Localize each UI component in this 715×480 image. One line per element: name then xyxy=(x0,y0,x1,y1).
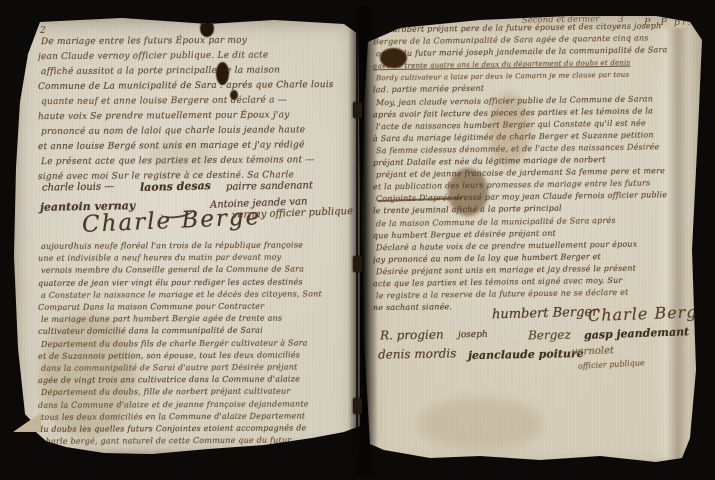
signature-charle-louis: charle louis — xyxy=(42,181,114,193)
signature-gasp-jeandemant: gasp jeandemant xyxy=(584,325,690,342)
manuscript-line: Département du doubs, fille de norbert p… xyxy=(41,386,356,400)
signature-jeanclaude-poiture: jeanclaude poiture xyxy=(468,347,584,362)
manuscript-page-right: Second et dernier 3 P. P pr. Devurobert … xyxy=(360,10,704,476)
signature-officiant-title: officier publique xyxy=(578,358,645,370)
manuscript-line: cultivateur domicilié dans la communipal… xyxy=(38,325,356,339)
signature-bergez: Bergez xyxy=(528,328,571,343)
binding-stitch xyxy=(353,256,362,272)
binding-seam xyxy=(356,28,358,452)
marriage-act-1-text: De mariage entre les futurs Époux par mo… xyxy=(38,34,354,186)
archival-scan: 2 De mariage entre les futurs Époux par … xyxy=(0,0,715,480)
signature-denis-mordis: denis mordis xyxy=(378,346,457,361)
signature-pairre-sandenant: pairre sandenant xyxy=(226,180,313,193)
manuscript-page-left: 2 De mariage entre les futurs Époux par … xyxy=(12,18,360,460)
binding-stitch xyxy=(353,102,362,118)
marriage-act-2-text: aujourdhuis neufe floréal l'an trois de … xyxy=(38,240,356,454)
signature-officiant-vernolet: vernolet xyxy=(572,345,614,357)
signature-laons-desas: laons desas xyxy=(140,179,211,194)
signature-humbert-berger: humbert Berger xyxy=(492,305,599,323)
manuscript-line: vernois membre du Conseille general de l… xyxy=(41,264,356,278)
binding-stitch xyxy=(353,398,362,414)
paper-stain xyxy=(418,398,543,450)
signature-r-progien: R. progien xyxy=(380,327,444,342)
signature-charle-berge: Charle Berge xyxy=(588,302,709,325)
marriage-act-text: Devurobert préjant pere de la future épo… xyxy=(373,22,699,310)
manuscript-line: charle bergé, gant naturel de cette Comm… xyxy=(41,434,356,448)
signature-joseph: joseph xyxy=(458,330,488,341)
